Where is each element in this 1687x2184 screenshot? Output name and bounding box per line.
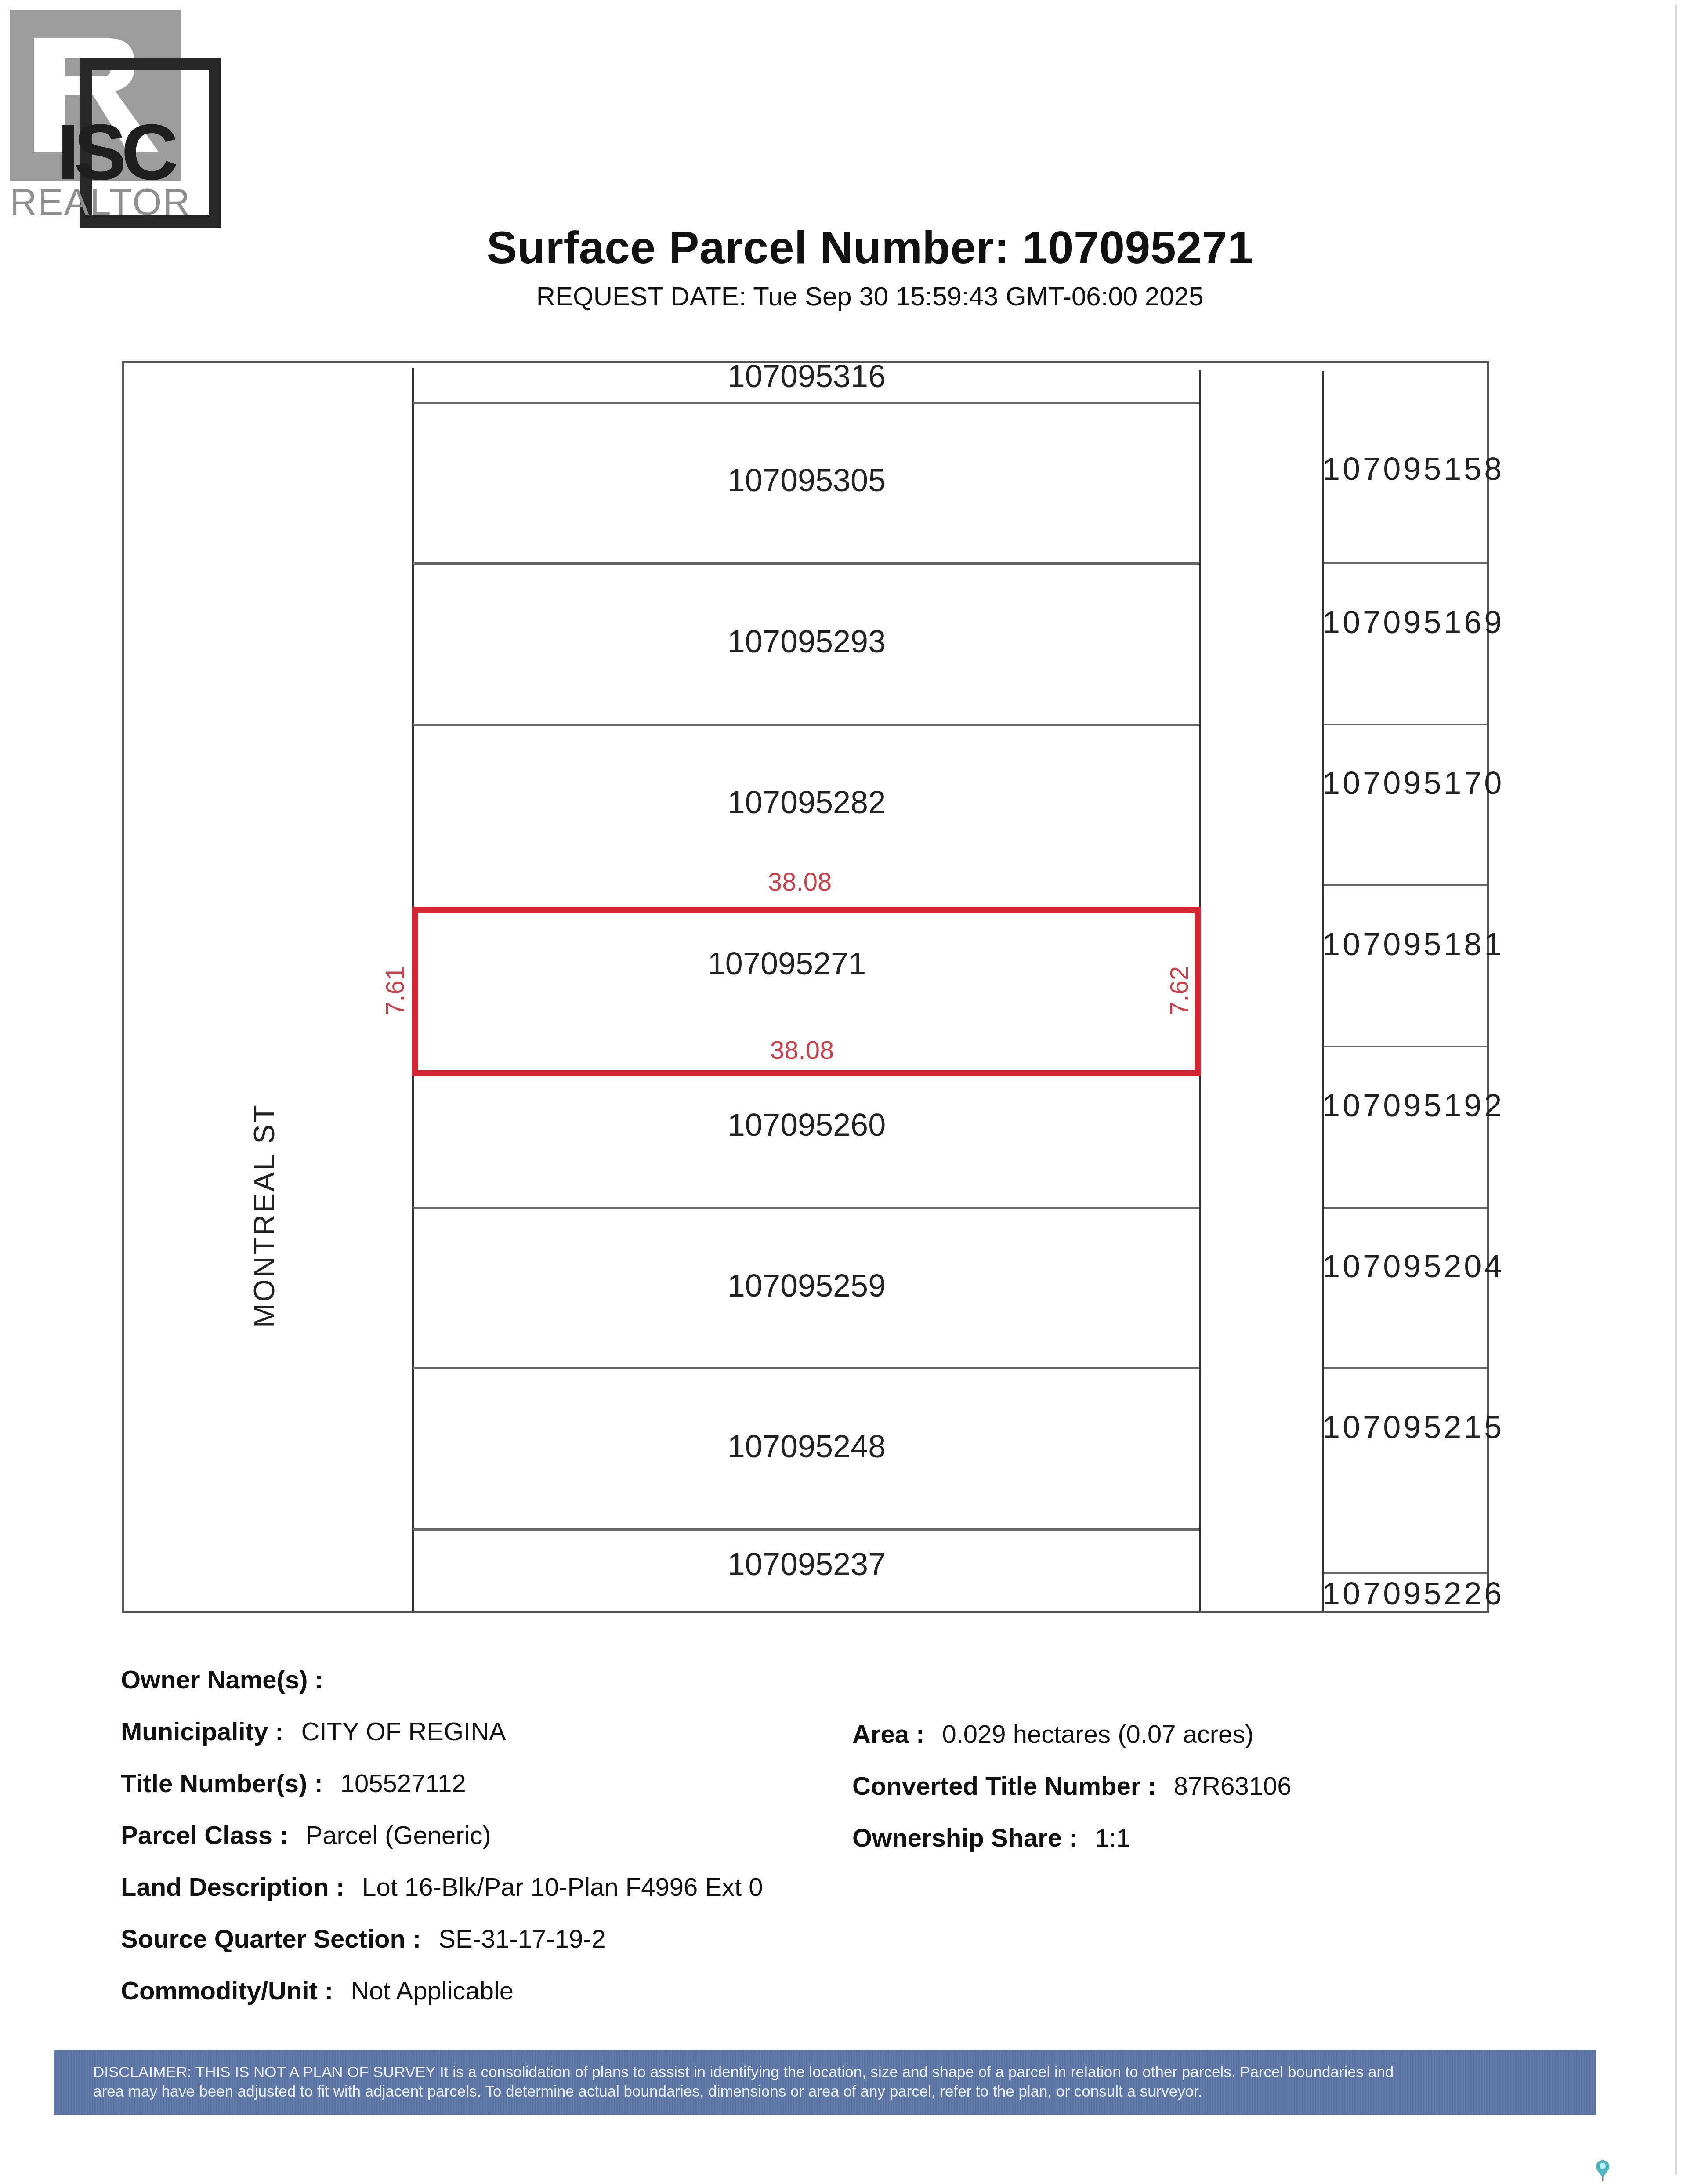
- source-quarter-row: Source Quarter Section :SE-31-17-19-2: [121, 1924, 606, 1954]
- area-value: 0.029 hectares (0.07 acres): [942, 1720, 1253, 1749]
- lot-boundary: [1324, 1367, 1487, 1369]
- municipality-row: Municipality :CITY OF REGINA: [121, 1717, 506, 1746]
- realtor-wordmark: REALTOR: [10, 183, 191, 221]
- lot-boundary: [413, 724, 1199, 726]
- parcel-label[interactable]: 107095282: [728, 785, 886, 821]
- commodity-row: Commodity/Unit :Not Applicable: [121, 1976, 514, 2006]
- parcel-label[interactable]: 107095181: [1322, 927, 1504, 963]
- source-quarter-value: SE-31-17-19-2: [438, 1925, 605, 1953]
- lot-boundary: [413, 562, 1199, 565]
- lot-boundary: [413, 402, 1199, 404]
- request-date: REQUEST DATE: Tue Sep 30 15:59:43 GMT-06…: [0, 281, 1687, 311]
- source-quarter-label: Source Quarter Section :: [121, 1925, 421, 1953]
- disclaimer-line-1: DISCLAIMER: THIS IS NOT A PLAN OF SURVEY…: [93, 2063, 1556, 2082]
- lot-boundary: [1324, 884, 1487, 886]
- owner-label: Owner Name(s) :: [121, 1666, 323, 1694]
- parcel-class-row: Parcel Class :Parcel (Generic): [121, 1821, 491, 1850]
- owner-row: Owner Name(s) :: [121, 1665, 341, 1695]
- page-edge: [1675, 4, 1677, 2175]
- lot-boundary: [413, 1367, 1199, 1369]
- dimension-top: 38.08: [768, 867, 832, 897]
- ownership-share-label: Ownership Share :: [852, 1824, 1077, 1852]
- disclaimer-line-2: area may have been adjusted to fit with …: [93, 2082, 1556, 2101]
- commodity-value: Not Applicable: [351, 1977, 514, 2005]
- parcel-label[interactable]: 107095237: [728, 1547, 886, 1583]
- ownership-share-row: Ownership Share :1:1: [852, 1823, 1130, 1853]
- land-description-value: Lot 16-Blk/Par 10-Plan F4996 Ext 0: [362, 1873, 763, 1901]
- municipality-value: CITY OF REGINA: [301, 1717, 506, 1746]
- lot-boundary: [413, 1528, 1199, 1531]
- parcel-label[interactable]: 107095204: [1322, 1249, 1504, 1285]
- parcel-label[interactable]: 107095215: [1322, 1409, 1504, 1445]
- ownership-share-value: 1:1: [1095, 1824, 1130, 1852]
- commodity-label: Commodity/Unit :: [121, 1977, 333, 2005]
- parcel-label[interactable]: 107095305: [728, 463, 886, 499]
- area-label: Area :: [852, 1720, 924, 1749]
- parcel-label[interactable]: 107095158: [1322, 451, 1504, 487]
- parcel-class-label: Parcel Class :: [121, 1821, 288, 1850]
- title-number-label: Title Number(s) :: [121, 1769, 323, 1798]
- parcel-label[interactable]: 107095248: [728, 1429, 886, 1465]
- parcel-label[interactable]: 107095192: [1322, 1088, 1504, 1124]
- lot-boundary: [1324, 724, 1487, 725]
- converted-title-label: Converted Title Number :: [852, 1772, 1156, 1800]
- lot-boundary: [1324, 562, 1487, 564]
- disclaimer-banner: DISCLAIMER: THIS IS NOT A PLAN OF SURVEY…: [54, 2050, 1596, 2115]
- parcel-label[interactable]: 107095259: [728, 1268, 886, 1304]
- parcel-label[interactable]: 107095260: [728, 1107, 886, 1143]
- map-pin-icon: [1595, 2159, 1611, 2181]
- parcel-label[interactable]: 107095170: [1322, 765, 1504, 801]
- dimension-bottom: 38.08: [770, 1036, 834, 1065]
- lot-boundary: [1324, 1046, 1487, 1047]
- lot-boundary: [1324, 1572, 1487, 1574]
- parcel-label[interactable]: 107095226: [1322, 1576, 1504, 1612]
- parcel-map: MONTREAL ST 1070953161070953051070952931…: [122, 361, 1489, 1613]
- area-row: Area :0.029 hectares (0.07 acres): [852, 1720, 1254, 1749]
- converted-title-row: Converted Title Number :87R63106: [852, 1771, 1292, 1801]
- title-number-row: Title Number(s) :105527112: [121, 1769, 466, 1798]
- dimension-right: 7.62: [1165, 966, 1194, 1016]
- title-number-value: 105527112: [340, 1769, 466, 1798]
- municipality-label: Municipality :: [121, 1717, 284, 1746]
- converted-title-value: 87R63106: [1174, 1772, 1292, 1800]
- land-description-label: Land Description :: [121, 1873, 344, 1901]
- isc-brand-text: ISC: [57, 113, 173, 192]
- street-name: MONTREAL ST: [247, 1103, 281, 1328]
- parcel-label[interactable]: 107095169: [1322, 605, 1504, 641]
- dimension-left: 7.61: [380, 966, 410, 1016]
- parcel-label[interactable]: 107095293: [728, 624, 886, 660]
- parcel-class-value: Parcel (Generic): [305, 1821, 491, 1850]
- lot-boundary: [1324, 1207, 1487, 1209]
- land-description-row: Land Description :Lot 16-Blk/Par 10-Plan…: [121, 1873, 763, 1902]
- page-title: Surface Parcel Number: 107095271: [0, 222, 1687, 274]
- parcel-label[interactable]: 107095316: [728, 359, 886, 395]
- lot-boundary: [413, 1207, 1199, 1209]
